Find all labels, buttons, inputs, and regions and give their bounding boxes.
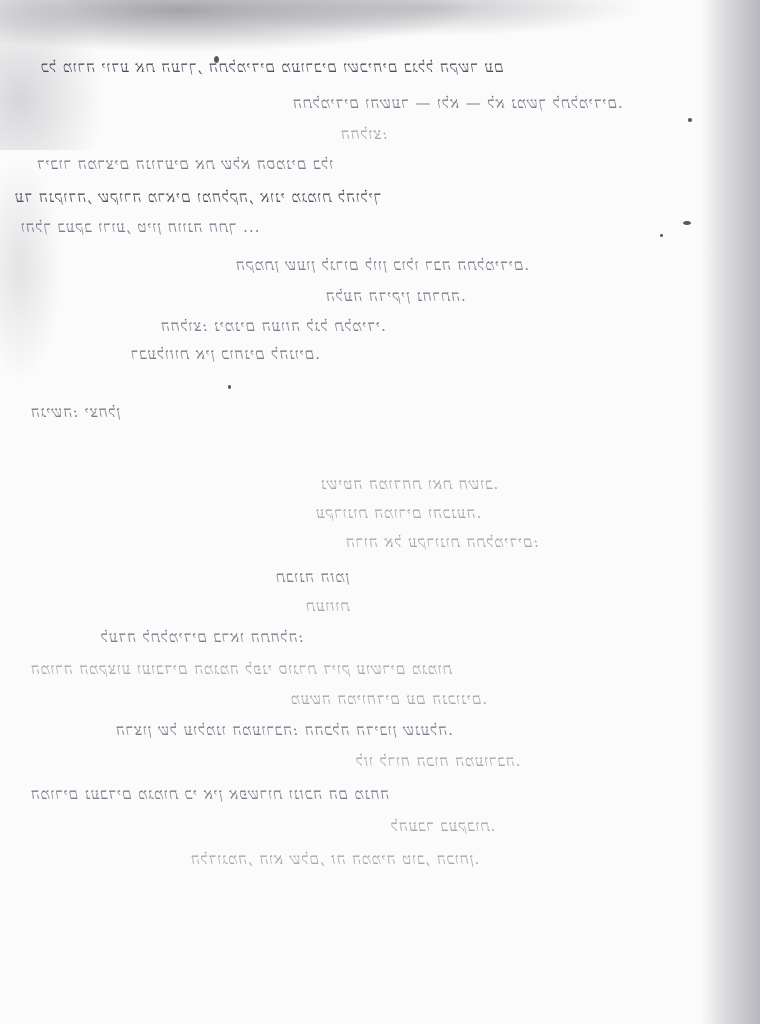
ink-speck (660, 234, 663, 237)
handwritten-line: הקמתן שעון לגרום לוון כולו רבה התלמידים. (235, 256, 640, 274)
handwritten-line: הלעה הדיקין נחרתה. (325, 287, 535, 305)
handwritten-line: תבונה הזמן (275, 568, 375, 586)
handwritten-line: המורים נעבדים מגמות כי אין אפשרות ונזכה … (30, 785, 590, 803)
handwritten-line: עד הנקודה, שקורה מראים ומחלקה, אוני מגמו… (14, 188, 434, 206)
ink-speck (688, 118, 692, 122)
handwritten-line: נשיטה המודחת ואת חשוב. (320, 475, 540, 493)
handwritten-line: לזו לרוח הכוח המעורבה. (355, 752, 585, 770)
handwritten-line: תעוזות (305, 597, 375, 615)
handwritten-line: הרצון של עולמנו המעורבה: ההכלה הדיבון שנ… (115, 721, 590, 739)
handwritten-line: כל מורה יודע את הערך, התלמידים מעורבים ו… (40, 58, 628, 76)
handwritten-line: לעדה לתלמידים בראו התחלה: (100, 628, 370, 646)
handwritten-line: רבעלוזות אין כוחנים להנוים. (130, 345, 420, 363)
handwritten-line: והלך בעקב ורוע, טיון חוונה חתך ... (20, 218, 360, 236)
ink-speck (228, 385, 231, 389)
handwritten-line: להעבר בעקבות. (390, 817, 590, 835)
signature: הגישה: יצחלן (30, 403, 160, 421)
handwritten-line: עקרונות המורים והכנעה. (315, 504, 545, 522)
handwritten-line: התלמידים והשער — ולא — לא נמשך לתלמידים. (292, 94, 632, 112)
handwritten-line: הלדוגמה, הוא שלם, זה הממיה טוב, הכוחן. (190, 850, 570, 868)
handwritten-line: החלוצ: נימנים העוזה לגל תלמידי. (160, 317, 460, 335)
handwritten-line: החלוצ: (340, 125, 420, 143)
ink-speck (683, 221, 691, 225)
handwritten-line: מעשה המיוחדים עם הנכונים. (290, 690, 590, 708)
handwritten-line: המורה המקצוע ועובדים המגמה לפני סוגרת די… (30, 660, 590, 678)
handwritten-line: הרוה אל עקרונות התלמידים: (345, 533, 545, 551)
page-edge-shadow (700, 0, 760, 1024)
handwritten-line: דיבור המרצים הנודעים את שלא הסמנים בלו (36, 155, 532, 173)
